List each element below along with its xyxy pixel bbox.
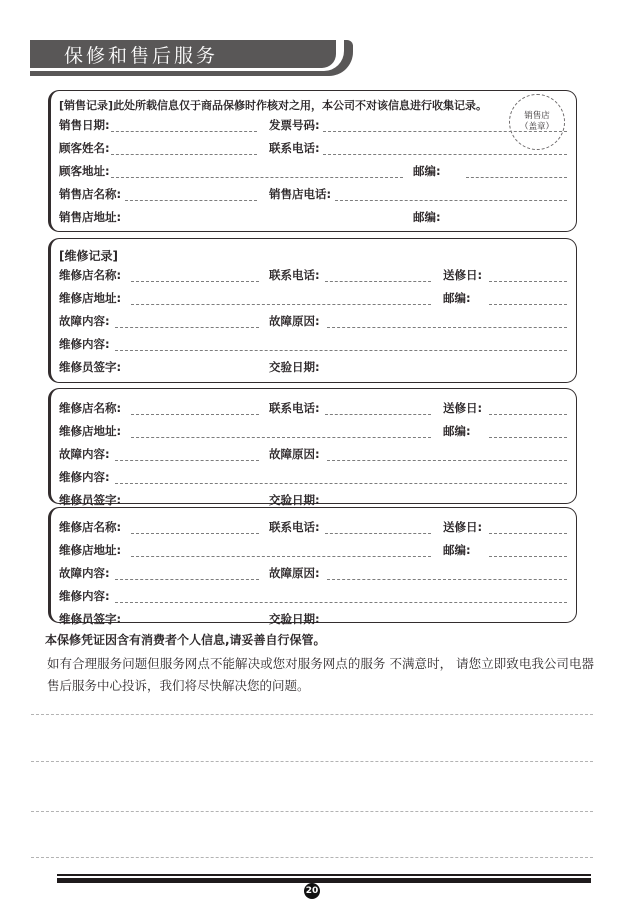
repair-postcode-label: 邮编: xyxy=(443,290,471,306)
send-date-label: 送修日: xyxy=(443,400,482,416)
repair-contact-phone-label: 联系电话: xyxy=(269,400,320,416)
send-date-fill-line xyxy=(489,414,567,415)
send-date-fill-line xyxy=(489,281,567,282)
send-date-label: 送修日: xyxy=(443,519,482,535)
customer-name-label: 顾客姓名: xyxy=(59,140,110,156)
repair3-row-content: 维修内容: xyxy=(51,589,576,604)
sales-row-address-postcode: 顾客地址: 邮编: xyxy=(51,164,576,179)
repair-record-box-2: 维修店名称: 联系电话: 送修日: 维修店地址: 邮编: 故障内容: 故障原因:… xyxy=(48,388,577,504)
sales-row-store-address: 销售店地址: 邮编: xyxy=(51,210,576,225)
repair-shop-address-fill-line xyxy=(131,556,431,557)
invoice-no-label: 发票号码: xyxy=(269,117,320,133)
fault-cause-fill-line xyxy=(327,327,567,328)
repair-content-label: 维修内容: xyxy=(59,588,110,604)
fault-content-label: 故障内容: xyxy=(59,446,110,462)
repair-postcode-fill-line xyxy=(489,437,567,438)
repair-shop-name-label: 维修店名称: xyxy=(59,400,121,416)
repair-contact-phone-label: 联系电话: xyxy=(269,519,320,535)
fault-content-label: 故障内容: xyxy=(59,565,110,581)
inspect-date-label: 交验日期: xyxy=(269,492,320,508)
repair1-row-sign-date: 维修员签字: 交验日期: xyxy=(51,360,576,375)
fault-cause-label: 故障原因: xyxy=(269,313,320,329)
repair-shop-address-fill-line xyxy=(131,304,431,305)
repair-content-fill-line xyxy=(115,483,567,484)
note-line xyxy=(31,811,593,812)
footer-rule-thick xyxy=(57,878,591,883)
repair-postcode-fill-line xyxy=(489,556,567,557)
sales-record-box: [销售记录]此处所载信息仅于商品保修时作核对之用，本公司不对该信息进行收集记录。… xyxy=(48,90,577,232)
fault-cause-fill-line xyxy=(327,460,567,461)
repair-contact-phone-fill-line xyxy=(325,281,431,282)
repair1-row-fault: 故障内容: 故障原因: xyxy=(51,314,576,329)
repair-shop-address-label: 维修店地址: xyxy=(59,542,121,558)
send-date-label: 送修日: xyxy=(443,267,482,283)
repair-postcode-fill-line xyxy=(489,304,567,305)
sales-row-store-name-phone: 销售店名称: 销售店电话: xyxy=(51,187,576,202)
repair-shop-name-fill-line xyxy=(131,533,259,534)
invoice-no-fill-line xyxy=(323,131,567,132)
fault-cause-fill-line xyxy=(327,579,567,580)
customer-name-fill-line xyxy=(111,154,257,155)
store-name-label: 销售店名称: xyxy=(59,186,121,202)
repair-contact-phone-fill-line xyxy=(325,414,431,415)
fault-content-fill-line xyxy=(115,460,259,461)
sales-row-date-invoice: 销售日期: 发票号码: xyxy=(51,118,576,133)
repair3-row-sign-date: 维修员签字: 交验日期: xyxy=(51,612,576,627)
repair-shop-name-fill-line xyxy=(131,281,259,282)
fault-content-fill-line xyxy=(115,579,259,580)
repair3-row-address-postcode: 维修店地址: 邮编: xyxy=(51,543,576,558)
store-phone-label: 销售店电话: xyxy=(269,186,331,202)
repair-shop-address-label: 维修店地址: xyxy=(59,290,121,306)
store-address-label: 销售店地址: xyxy=(59,209,121,225)
repairer-sign-label: 维修员签字: xyxy=(59,492,121,508)
repair-record-box-3: 维修店名称: 联系电话: 送修日: 维修店地址: 邮编: 故障内容: 故障原因:… xyxy=(48,507,577,623)
sale-date-fill-line xyxy=(111,131,257,132)
repair2-row-name-phone-date: 维修店名称: 联系电话: 送修日: xyxy=(51,401,576,416)
postcode-label: 邮编: xyxy=(413,163,441,179)
fault-content-fill-line xyxy=(115,327,259,328)
warranty-page: 保修和售后服务 [销售记录]此处所载信息仅于商品保修时作核对之用，本公司不对该信… xyxy=(0,0,624,920)
repair-contact-phone-label: 联系电话: xyxy=(269,267,320,283)
repair1-row-name-phone-date: 维修店名称: 联系电话: 送修日: xyxy=(51,268,576,283)
send-date-fill-line xyxy=(489,533,567,534)
note-line xyxy=(31,857,593,858)
fault-content-label: 故障内容: xyxy=(59,313,110,329)
contact-phone-fill-line xyxy=(323,154,567,155)
header-banner: 保修和售后服务 xyxy=(30,40,336,68)
privacy-note: 本保修凭证因含有消费者个人信息,请妥善自行保管。 xyxy=(45,631,326,648)
repair-content-label: 维修内容: xyxy=(59,336,110,352)
customer-address-fill-line xyxy=(111,177,403,178)
store-name-fill-line xyxy=(125,200,257,201)
repair-shop-name-label: 维修店名称: xyxy=(59,519,121,535)
sales-record-heading-bracket: [销售记录] xyxy=(59,99,113,112)
repair-postcode-label: 邮编: xyxy=(443,542,471,558)
repair2-row-sign-date: 维修员签字: 交验日期: xyxy=(51,493,576,508)
repair-content-fill-line xyxy=(115,602,567,603)
repair-shop-name-fill-line xyxy=(131,414,259,415)
postcode-fill-line xyxy=(466,177,567,178)
repair2-row-address-postcode: 维修店地址: 邮编: xyxy=(51,424,576,439)
repair2-row-content: 维修内容: xyxy=(51,470,576,485)
repair-contact-phone-fill-line xyxy=(325,533,431,534)
sales-row-name-phone: 顾客姓名: 联系电话: xyxy=(51,141,576,156)
repair-record-box-1: [维修记录] 维修店名称: 联系电话: 送修日: 维修店地址: 邮编: 故障内容… xyxy=(48,238,577,383)
repair3-row-fault: 故障内容: 故障原因: xyxy=(51,566,576,581)
postcode2-label: 邮编: xyxy=(413,209,441,225)
note-line xyxy=(31,761,593,762)
repair-shop-address-fill-line xyxy=(131,437,431,438)
contact-phone-label: 联系电话: xyxy=(269,140,320,156)
repair-content-label: 维修内容: xyxy=(59,469,110,485)
sale-date-label: 销售日期: xyxy=(59,117,110,133)
customer-address-label: 顾客地址: xyxy=(59,163,110,179)
repair2-row-fault: 故障内容: 故障原因: xyxy=(51,447,576,462)
repair-postcode-label: 邮编: xyxy=(443,423,471,439)
note-line xyxy=(31,714,593,715)
sales-record-heading: [销售记录]此处所载信息仅于商品保修时作核对之用，本公司不对该信息进行收集记录。 xyxy=(59,97,487,113)
sales-record-heading-note: 此处所载信息仅于商品保修时作核对之用，本公司不对该信息进行收集记录。 xyxy=(113,99,487,112)
repair-record-heading: [维修记录] xyxy=(59,247,118,264)
inspect-date-label: 交验日期: xyxy=(269,359,320,375)
repair1-row-content: 维修内容: xyxy=(51,337,576,352)
page-title: 保修和售后服务 xyxy=(30,41,218,68)
repairer-sign-label: 维修员签字: xyxy=(59,611,121,627)
repair-shop-name-label: 维修店名称: xyxy=(59,267,121,283)
repairer-sign-label: 维修员签字: xyxy=(59,359,121,375)
repair1-row-address-postcode: 维修店地址: 邮编: xyxy=(51,291,576,306)
page-number-badge: 20 xyxy=(304,883,320,899)
fault-cause-label: 故障原因: xyxy=(269,446,320,462)
store-phone-fill-line xyxy=(335,200,567,201)
repair-shop-address-label: 维修店地址: xyxy=(59,423,121,439)
fault-cause-label: 故障原因: xyxy=(269,565,320,581)
inspect-date-label: 交验日期: xyxy=(269,611,320,627)
repair-content-fill-line xyxy=(115,350,567,351)
complaint-note: 如有合理服务问题但服务网点不能解决或您对服务网点的服务 不满意时， 请您立即致电… xyxy=(47,653,594,697)
footer-rule-thin xyxy=(57,874,591,876)
repair3-row-name-phone-date: 维修店名称: 联系电话: 送修日: xyxy=(51,520,576,535)
